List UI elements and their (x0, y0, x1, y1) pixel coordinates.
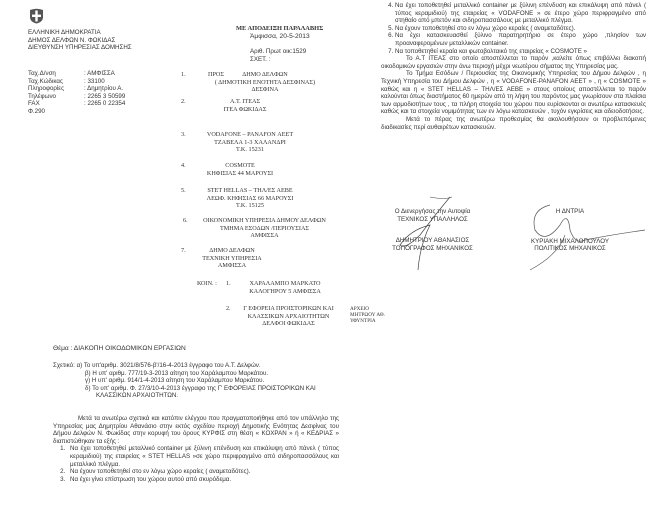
related-item: ΚΛΑΣΣΙΚΩΝ ΑΡΧΑΙΟΤΗΤΩΝ. (53, 392, 338, 400)
contact-row: Πληροφορίες: Δημητρίου Α. (28, 85, 125, 93)
recipient-number: 1. (181, 71, 186, 79)
signature-inspector: Ο Διενεργήσας την Αυτοψία ΤΕΧΝΙΚΟΣ ΥΠΑΛΛ… (385, 208, 480, 252)
signer-role: Η ΔΝΤΡΙΑ (525, 208, 615, 216)
address-line: VODAFONE – PANAFON ΑΕΕΤ (195, 131, 305, 139)
delivery-note: ΜΕ ΑΠΟΔΕΙΞΗ ΠΑΡΑΛΑΒΗΣ (236, 25, 323, 32)
contact-row: Φ.290 (28, 108, 125, 116)
recipient-address: ΔΗΜΟ ΔΕΛΦΩΝΤΕΧΝΙΚΗ ΥΠΗΡΕΣΙΑΑΜΦΙΣΣΑ (197, 247, 267, 270)
intro-paragraph: Μετά τα ανωτέρω σχετικά και κατόπιν ελέγ… (53, 415, 339, 445)
related-label: Σχετικό: (53, 362, 75, 370)
address-line: ΤΜΗΜΑ ΕΣΟΔΩΝ /ΠΕΡΙΟΥΣΙΑΣ (197, 225, 332, 233)
protocol-number: Αριθ. Πρωτ οικ:1529 (250, 48, 306, 56)
findings-list: Να έχει τοποθετηθεί μεταλλικό container … (53, 445, 339, 483)
recipient-number: 7. (181, 247, 186, 255)
contact-info: Ταχ.Δ/νση: ΑΜΦΙΣΣΑ Ταχ.Κώδικας: 33100 Πλ… (28, 70, 125, 116)
cc-title: ΚΟΙΝ. : (197, 280, 217, 288)
recipient-number: 2. (226, 305, 231, 313)
document-date: Άμφισσα, 20-5-2013 (250, 33, 310, 41)
address-line: ΔΕΛΦΟΙ ΦΩΚΙΔΑΣ (236, 320, 341, 328)
address-line: ΚΗΦΙΣΙΑΣ 44 ΜΑΡΟΥΣΙ (195, 170, 285, 178)
address-line: ΔΕΣΦΙΝΑ (205, 86, 325, 94)
recipient-number: 2. (181, 98, 186, 106)
address-line: Α.Τ. ΙΤΕΑΣ (205, 98, 285, 106)
greek-coat-of-arms-icon (29, 8, 44, 24)
address-line: ΚΛΑΣΣΙΚΩΝ ΑΡΧΑΙΟΤΗΤΩΝ (236, 313, 341, 321)
related-item: β) Η υπ' αριθμ. 777/19-3-2013 αίτηση του… (53, 370, 338, 378)
signer-title: ΤΕΧΝΙΚΟΣ ΥΠΑΛΛΗΛΟΣ (385, 216, 480, 224)
finding-item: Να έχουν τοποθετηθεί στο εν λόγω χώρο κε… (67, 468, 339, 476)
departments-paragraph: Το Τμήμα Εσόδων / Περιουσίας της Οικονομ… (381, 70, 646, 116)
address-line: ΑΜΦΙΣΣΑ (197, 232, 332, 240)
address-line: ΛΕΩΦ. ΚΗΦΙΣΙΑΣ 66 ΜΑΡΟΥΣΙ (195, 195, 305, 203)
contact-row: Ταχ.Κώδικας: 33100 (28, 78, 125, 86)
finding-item: Να έχει τοποθετηθεί μεταλλικό container … (67, 445, 339, 468)
signature-director: Η ΔΝΤΡΙΑ ΚΥΡΙΑΚΗ ΜΙΧΑΛΟΠΟΥΛΟΥ ΠΟΛΙΤΙΚΟΣ … (525, 208, 615, 253)
recipient-address: Α.Τ. ΙΤΕΑΣΙΤΕΑ ΦΩΚΙΔΑΣ (205, 98, 285, 113)
related-item: δ) Το υπ' αριθμ. Φ. 27/3/10-4-2013 έγγρα… (53, 385, 338, 393)
subject: Θέμα : ΔΙΑΚΟΠΗ ΟΙΚΟΔΟΜΙΚΩΝ ΕΡΓΑΣΙΩΝ (53, 345, 186, 353)
address-line: STET HELLAS – ΤΗΛ/ΕΣ ΑΕΒΕ (195, 187, 305, 195)
recipient-number: 1. (226, 280, 231, 288)
address-line: ΔΗΜΟ ΔΕΛΦΩΝ (197, 247, 267, 255)
recipient-address: ΟΙΚΟΝΟΜΙΚΗ ΥΠΗΡΕΣΙΑ ΔΗΜΟΥ ΔΕΛΦΩΝΤΜΗΜΑ ΕΣ… (197, 217, 332, 240)
recipient-address: VODAFONE – PANAFON ΑΕΕΤΤΖΑΒΕΛΑ 1-3 ΧΑΛΑΝ… (195, 131, 305, 154)
findings-list-continued: Να έχει τοποθετηθεί μεταλλικό container … (381, 2, 646, 55)
related-references: Σχετικό: α) Το υπ'αριθμ. 3021/8/576-β'/1… (53, 362, 338, 400)
recipient-number: 5. (181, 187, 186, 195)
address-line: ΔΗΜΟ ΔΕΛΦΩΝ (205, 71, 325, 79)
contact-row: FAX: 2265 0 22354 (28, 100, 125, 108)
deadline-paragraph: Μετά το πέρας της ανωτέρω προθεσμίας θα … (381, 116, 646, 131)
issuer-header: ΕΛΛΗΝΙΚΗ ΔΗΜΟΚΡΑΤΙΑ ΔΗΜΟΣ ΔΕΛΦΩΝ Ν. ΦΩΚΙ… (28, 29, 132, 52)
address-line: Γ ΕΦΟΡΕΙΑ ΠΡΟΙΣΤΟΡΙΚΩΝ ΚΑΙ (236, 305, 341, 313)
finding-item: Να έχουν τοποθετηθεί στο εν λόγω χώρο κε… (395, 25, 646, 33)
recipient-address: COSMOTEΚΗΦΙΣΙΑΣ 44 ΜΑΡΟΥΣΙ (195, 162, 285, 177)
signer-profession: ΤΟΠΟΓΡΑΦΟΣ ΜΗΧΑΝΙΚΟΣ (385, 245, 480, 253)
address-line: ( ΔΗΜΟΤΙΚΗ ΕΝΟΤΗΤΑ ΔΕΣΦΙΝΑΣ) (205, 79, 325, 87)
signer-name: ΚΥΡΙΑΚΗ ΜΙΧΑΛΟΠΟΥΛΟΥ (525, 238, 615, 246)
signer-name: ΔΗΜΗΤΡΙΟΥ ΑΘΑΝΑΣΙΟΣ (385, 237, 480, 245)
contact-row: Ταχ.Δ/νση: ΑΜΦΙΣΣΑ (28, 70, 125, 78)
recipient-address: ΧΑΡΑΛΑΜΠΟ ΜΑΡΚΑΤΟΚΑΛΟΓΗΡΟΥ 5 ΑΜΦΙΣΣΑ (240, 280, 330, 295)
recipient-address: ΔΗΜΟ ΔΕΛΦΩΝ( ΔΗΜΟΤΙΚΗ ΕΝΟΤΗΤΑ ΔΕΣΦΙΝΑΣ)Δ… (205, 71, 325, 94)
recipient-number: 3. (181, 131, 186, 139)
recipient-address: Γ ΕΦΟΡΕΙΑ ΠΡΟΙΣΤΟΡΙΚΩΝ ΚΑΙΚΛΑΣΣΙΚΩΝ ΑΡΧΑ… (236, 305, 341, 328)
address-line: ΙΤΕΑ ΦΩΚΙΔΑΣ (205, 106, 285, 114)
recipient-address: STET HELLAS – ΤΗΛ/ΕΣ ΑΕΒΕΛΕΩΦ. ΚΗΦΙΣΙΑΣ … (195, 187, 305, 210)
finding-item: Να έχει γίνει επίστρωση του χώρου αυτού … (67, 476, 339, 484)
address-line: COSMOTE (195, 162, 285, 170)
finding-item: Να έχει τοποθετηθεί μεταλλικό container … (395, 2, 646, 25)
recipient-number: 4. (181, 162, 186, 170)
reference: ΣΧΕΤ. : (250, 56, 270, 64)
signer-role: Ο Διενεργήσας την Αυτοψία (385, 208, 480, 216)
issuer-line: ΔΙΕΥΘΥΝΣΗ ΥΠΗΡΕΣΙΑΣ ΔΟΜΗΣΗΣ (28, 44, 132, 52)
related-item: γ) Η υπ' αριθμ. 914/1-4-2013 αίτηση του … (53, 377, 338, 385)
address-line: Τ.Κ. 15125 (195, 202, 305, 210)
archive-note: ΑΡΧΕΙΟ ΜΗΤΡΩΟΥ ΑΘ. ΥΦΥΝΤΡΙΑ (350, 306, 385, 325)
signer-profession: ΠΟΛΙΤΙΚΟΣ ΜΗΧΑΝΙΚΟΣ (525, 245, 615, 253)
recipient-number: 6. (183, 217, 188, 225)
contact-row: Τηλέφωνο: 2265 3 50599 (28, 93, 125, 101)
finding-item: Να τοποθετηθεί κεραία και φωτοβολταικό τ… (395, 48, 646, 56)
body-intro: Μετά τα ανωτέρω σχετικά και κατόπιν ελέγ… (53, 415, 339, 483)
address-line: ΤΕΧΝΙΚΗ ΥΠΗΡΕΣΙΑ (197, 255, 267, 263)
police-paragraph: Το Α.Τ ΙΤΕΑΣ στο οποίο αποστέλλεται το π… (381, 55, 646, 70)
address-line: ΤΖΑΒΕΛΑ 1-3 ΧΑΛΑΝΔΡΙ (195, 139, 305, 147)
issuer-line: ΕΛΛΗΝΙΚΗ ΔΗΜΟΚΡΑΤΙΑ (28, 29, 132, 37)
address-line: ΧΑΡΑΛΑΜΠΟ ΜΑΡΚΑΤΟ (240, 280, 330, 288)
address-line: ΑΜΦΙΣΣΑ (197, 262, 267, 270)
address-line: Τ.Κ. 15231 (195, 146, 305, 154)
issuer-line: ΔΗΜΟΣ ΔΕΛΦΩΝ Ν. ΦΩΚΙΔΑΣ (28, 37, 132, 45)
related-item: α) Το υπ'αριθμ. 3021/8/576-β'/16-4-2013 … (77, 362, 261, 370)
address-line: ΚΑΛΟΓΗΡΟΥ 5 ΑΜΦΙΣΣΑ (240, 288, 330, 296)
address-line: ΟΙΚΟΝΟΜΙΚΗ ΥΠΗΡΕΣΙΑ ΔΗΜΟΥ ΔΕΛΦΩΝ (197, 217, 332, 225)
body-continued: Να έχει τοποθετηθεί μεταλλικό container … (381, 2, 646, 131)
finding-item: Να έχει κατασκευασθεί ξύλινο παρατηρητήρ… (395, 32, 646, 47)
